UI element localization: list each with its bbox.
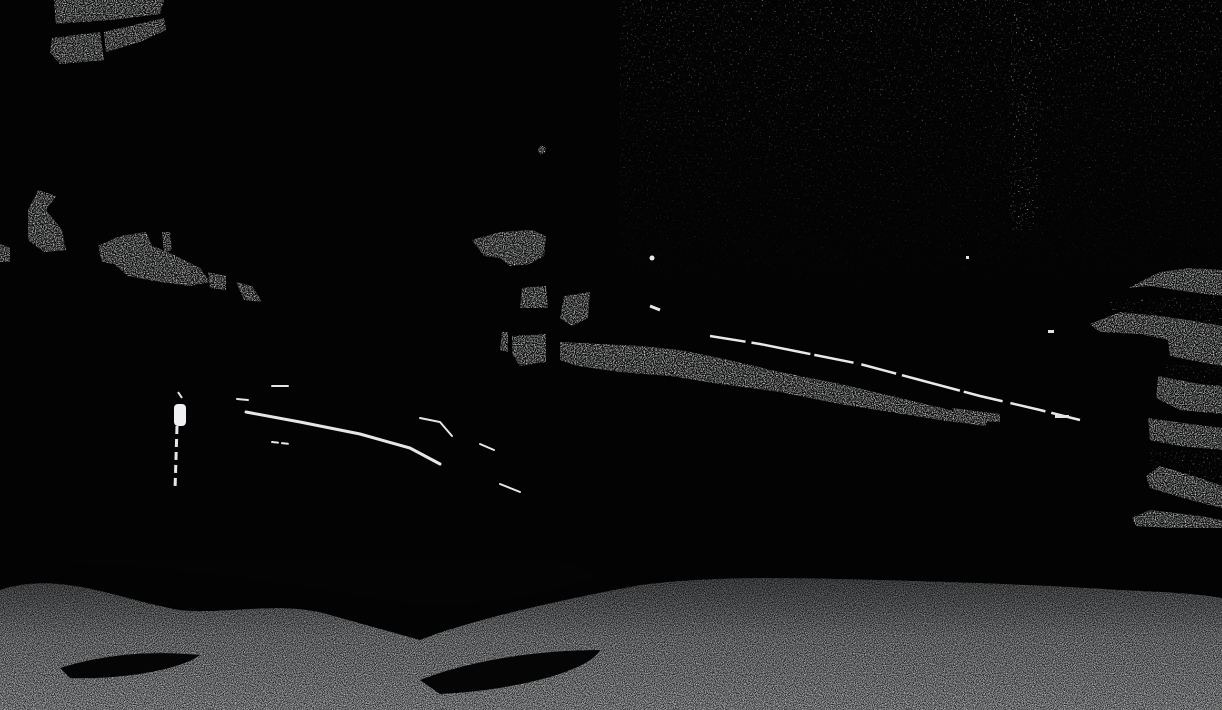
background-foliage <box>620 0 1222 300</box>
photo-canvas <box>0 0 1222 710</box>
photograph: High-contrast grainy black-and-white pho… <box>0 0 1222 710</box>
frame-detail <box>650 256 655 261</box>
